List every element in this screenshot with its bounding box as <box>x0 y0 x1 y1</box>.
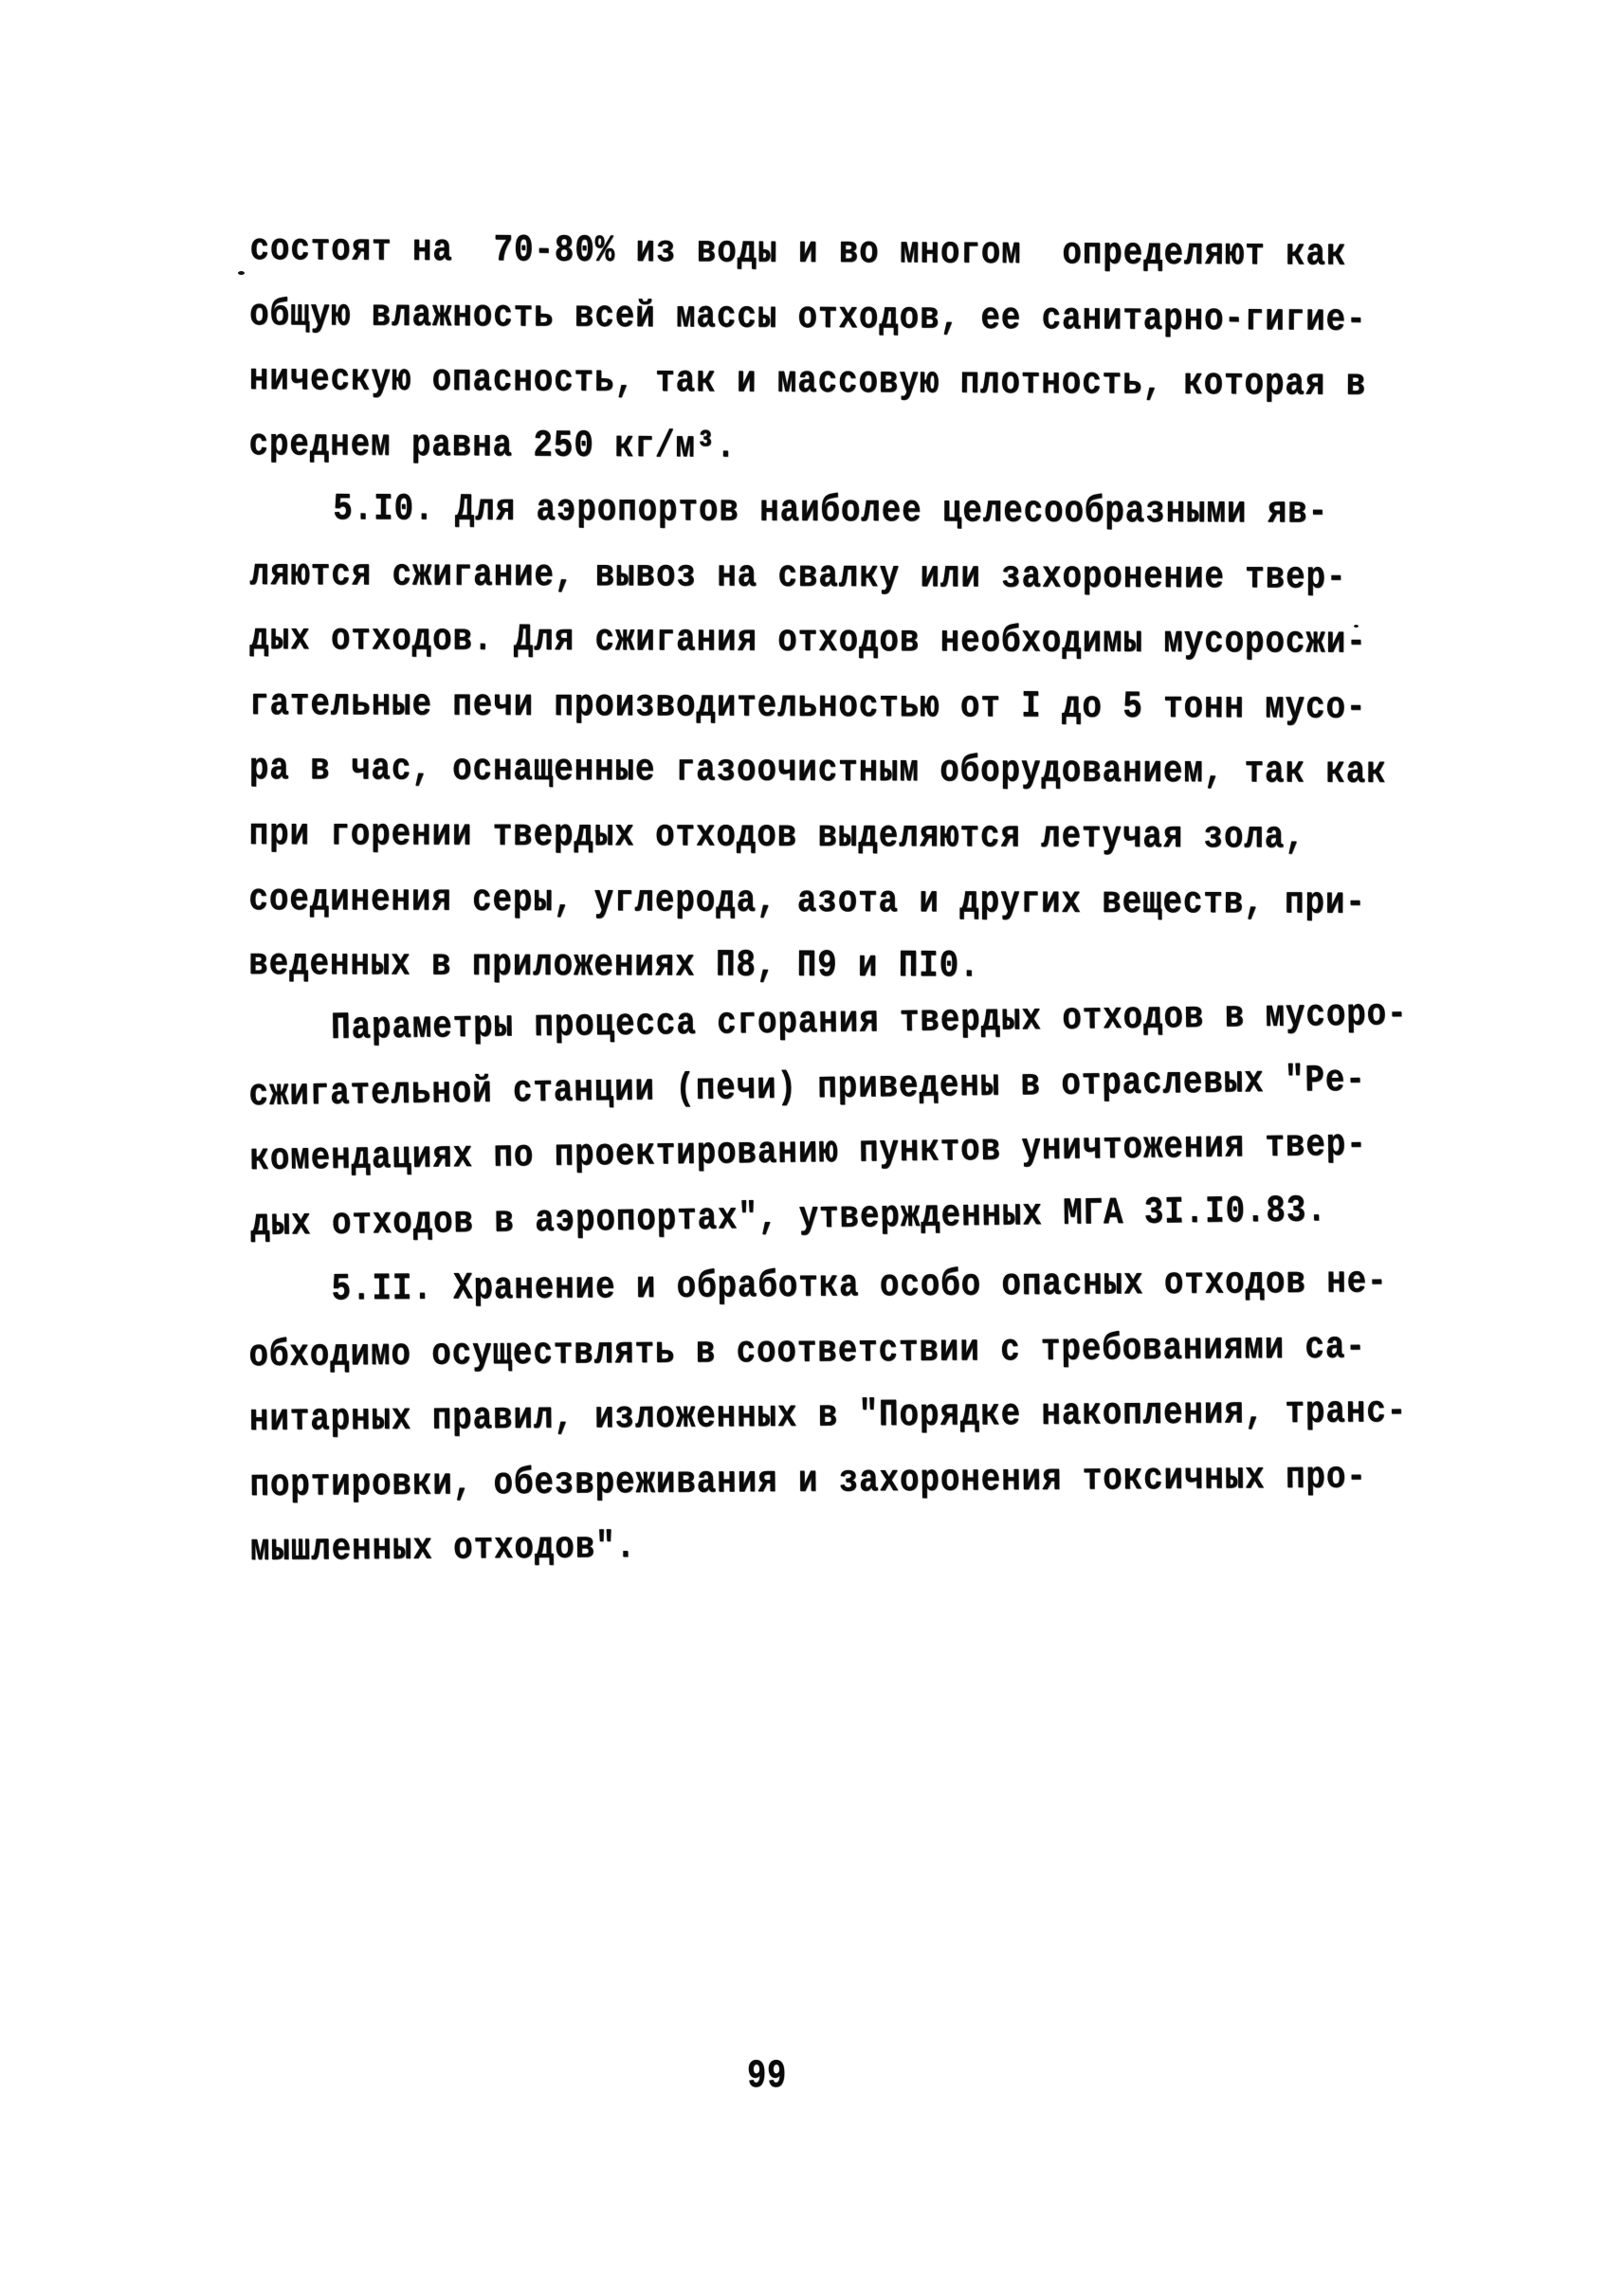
page-number: 99 <box>747 2053 787 2099</box>
text-line: портировки, обезвреживания и захоронения… <box>249 1446 1273 1519</box>
text-line: соединения серы, углерода, азота и други… <box>248 868 1272 937</box>
text-line: состоят на 70-80% из воды и во многом оп… <box>249 218 1273 288</box>
text-line: гательные печи производительностью от I … <box>249 673 1273 741</box>
text-line: при горении твердых отходов выделяются л… <box>249 803 1273 871</box>
paragraph: состоят на 70-80% из воды и во многом оп… <box>248 218 1453 484</box>
scan-speck <box>1354 625 1359 628</box>
text-line: общую влажность всей массы отходов, ее с… <box>249 283 1273 354</box>
text-line: среднем равна 250 кг/м³. <box>248 413 1272 483</box>
text-line: ра в час, оснащенные газоочистным оборуд… <box>249 738 1273 807</box>
text-line: нитарных правил, изложенных в "Порядке н… <box>249 1381 1273 1454</box>
text-line: ляются сжигание, вывоз на свалку или зах… <box>249 543 1273 611</box>
paragraph: Параметры процесса сгорания твердых отхо… <box>247 983 1454 1259</box>
document-page: состоят на 70-80% из воды и во многом оп… <box>0 0 1624 2295</box>
scan-speck <box>238 271 245 275</box>
text-line: дых отходов в аэропортах", утвержденных … <box>250 1180 1274 1259</box>
text-line: обходимо осуществлять в соответствии с т… <box>248 1316 1272 1389</box>
text-line: 5.II. Хранение и обработка особо опасных… <box>248 1251 1272 1324</box>
text-line: дых отходов. Для сжигания отходов необхо… <box>249 609 1273 677</box>
text-line: мышленных отходов". <box>250 1511 1274 1584</box>
paragraph: 5.II. Хранение и обработка особо опасных… <box>248 1249 1454 1583</box>
text-line: 5.I0. Для аэропортов наиболее целесообра… <box>250 478 1274 546</box>
text-line: ническую опасность, так и массовую плотн… <box>249 348 1273 418</box>
paragraph: 5.I0. Для аэропортов наиболее целесообра… <box>248 478 1454 1002</box>
text-block: состоят на 70-80% из воды и во многом оп… <box>249 218 1453 1583</box>
